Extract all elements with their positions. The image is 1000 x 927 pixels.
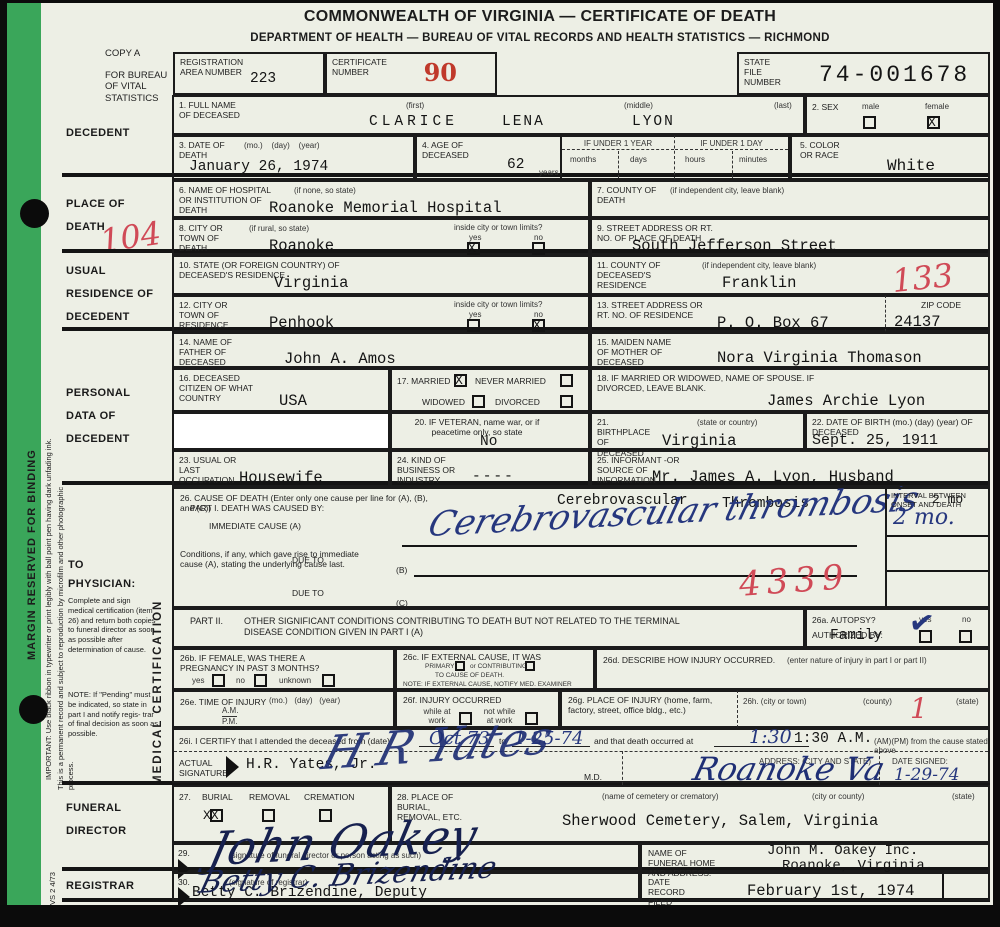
date-of-death-hints: (mo.) (day) (year) (244, 141, 320, 150)
residence-limits-no-mark: X (533, 318, 541, 333)
line-c-label: (C) (396, 598, 408, 608)
certify-time-handwritten: 1:30 (749, 726, 792, 748)
field-occupation: 23. USUAL OR LAST OCCUPATION Housewife (172, 450, 390, 487)
mother-value: Nora Virginia Thomason (717, 349, 922, 367)
field-residence-city: 12. CITY OR TOWN OF RESIDENCE Penhook in… (172, 295, 590, 332)
field-under-1-year: IF UNDER 1 YEAR months days (560, 135, 675, 180)
field-spouse: 18. IF MARRIED OR WIDOWED, NAME OF SPOUS… (590, 368, 990, 412)
field-mother: 15. MAIDEN NAME OF MOTHER OF DECEASED No… (590, 332, 990, 368)
registration-area-value: 223 (250, 71, 323, 87)
external-contributing-checkbox (525, 661, 535, 671)
cemetery-city-hint: (city or county) (812, 792, 864, 801)
field-injury-city: 26h. (city or town) (county) 1 (state) (738, 690, 990, 728)
residence-limits-no-checkbox: X (532, 319, 545, 332)
cemetery-state-hint: (state) (952, 792, 975, 801)
business-value: ---- (472, 469, 515, 485)
immediate-cause-label: IMMEDIATE CAUSE (A) (209, 521, 301, 531)
burial-row-number: 27. (179, 792, 191, 802)
rule (887, 535, 988, 537)
copy-label: COPY A (105, 48, 140, 59)
actual-signature-label: ACTUAL SIGNATURE (179, 758, 224, 778)
line-b-label: (B) (396, 565, 407, 575)
how-injury-hint: (enter nature of injury in part I or par… (787, 656, 927, 665)
city-limits-no-label: no (534, 233, 543, 242)
divorced-checkbox (560, 395, 573, 408)
pm-label: P.M. (222, 716, 237, 726)
field-city-of-death: 8. CITY OR TOWN OF DEATH (if rural, so s… (172, 218, 590, 255)
date-filed-label: DATE RECORD FILED (648, 877, 708, 908)
certify-ampm-text: (AM)(PM) from the cause stated above (874, 737, 988, 755)
last-hint: (last) (774, 101, 792, 110)
rule (402, 545, 857, 547)
cause-part1-label: PART I. DEATH WAS CAUSED BY: (190, 503, 324, 513)
hours-label: hours (685, 155, 705, 164)
autopsy-label: 26a. AUTOPSY? (812, 615, 876, 625)
county-of-death-label: 7. COUNTY OF DEATH (597, 185, 662, 205)
hospital-value: Roanoke Memorial Hospital (269, 199, 502, 217)
married-mark: X (455, 373, 463, 388)
field-sex: 2. SEX male female X (805, 95, 990, 135)
residence-county-hint: (if independent city, leave blank) (702, 261, 816, 270)
field-redacted-box (172, 412, 390, 450)
field-funeral-home: NAME OF FUNERAL HOME AND ADDRESS: John M… (640, 843, 990, 872)
residence-city-value: Penhook (269, 314, 334, 332)
field-marital-status: 17. MARRIED X NEVER MARRIED WIDOWED DIVO… (390, 368, 590, 412)
age-unit: years (539, 168, 559, 177)
date-signed-handwritten: 1-29-74 (894, 765, 960, 785)
state-file-box: STATE FILE NUMBER 74-001678 (737, 52, 990, 95)
sex-female-mark: X (928, 115, 936, 130)
spouse-label: 18. IF MARRIED OR WIDOWED, NAME OF SPOUS… (597, 373, 827, 393)
widowed-label: WIDOWED (422, 397, 465, 407)
field-hospital: 6. NAME OF HOSPITAL OR INSTITUTION OF DE… (172, 180, 590, 218)
residence-county-value: Franklin (722, 274, 796, 292)
conditions-note: Conditions, if any, which gave rise to i… (180, 549, 360, 569)
residence-street-value: P. O. Box 67 (717, 314, 829, 332)
sex-male-checkbox (863, 116, 876, 129)
widowed-checkbox (472, 395, 485, 408)
field-informant: 25. INFORMANT -OR SOURCE OF INFORMATION … (590, 450, 990, 487)
registration-area-box: REGISTRATION AREA NUMBER 223 (173, 52, 325, 95)
how-injury-label: 26d. DESCRIBE HOW INJURY OCCURRED. (603, 655, 775, 665)
external-to-cause-label: TO CAUSE OF DEATH. (435, 672, 504, 679)
age-value: 62 (507, 157, 524, 173)
field-certification: 26i. I CERTIFY that I attended the decea… (172, 728, 990, 783)
injury-state-label: (state) (956, 697, 979, 706)
residence-limits-yes-checkbox (467, 319, 480, 332)
registrar-row-number: 30. (178, 877, 190, 887)
arrow-right-icon (226, 756, 239, 778)
certify-mid-text: and that death occurred at (594, 736, 693, 746)
date-filed-value: February 1st, 1974 (747, 882, 914, 900)
funeral-row-number: 29. (178, 848, 190, 858)
field-father: 14. NAME OF FATHER OF DECEASED John A. A… (172, 332, 590, 368)
field-under-1-day: IF UNDER 1 DAY hours minutes (675, 135, 790, 180)
field-business: 24. KIND OF BUSINESS OR INDUSTRY ---- (390, 450, 590, 487)
sex-male-label: male (862, 102, 879, 111)
rule (622, 751, 623, 785)
cremation-label: CREMATION (304, 792, 354, 802)
county-of-death-hint: (if independent city, leave blank) (670, 186, 784, 195)
residence-city-label: 12. CITY OR TOWN OF RESIDENCE (179, 300, 249, 331)
citizen-label: 16. DECEASED CITIZEN OF WHAT COUNTRY (179, 373, 274, 404)
pregnancy-yes-label: yes (192, 676, 204, 685)
injury-county-label: (county) (863, 697, 892, 706)
form-number: VS 2 4/73 (48, 855, 58, 905)
rail-physician-note1: Complete and sign medical certification … (68, 596, 156, 655)
field-place-of-injury: 26g. PLACE OF INJURY (home, farm, factor… (560, 690, 738, 728)
occupation-label: 23. USUAL OR LAST OCCUPATION (179, 455, 244, 486)
residence-state-value: Virginia (274, 274, 348, 292)
rail-funeral-director: FUNERAL DIRECTOR (66, 797, 141, 843)
days-label: days (630, 155, 647, 164)
residence-county-label: 11. COUNTY OF DECEASED'S RESIDENCE (597, 260, 692, 291)
birthplace-value: Virginia (662, 432, 736, 450)
autopsy-no-label: no (962, 615, 971, 624)
middle-name-value: LENA (502, 114, 545, 130)
full-name-label: 1. FULL NAME OF DECEASED (179, 100, 249, 120)
residence-limits-yes-label: yes (469, 310, 481, 319)
pregnancy-no-label: no (236, 676, 245, 685)
bureau-label: FOR BUREAU OF VITAL STATISTICS (105, 70, 175, 104)
field-zip: ZIP CODE 24137 (885, 295, 990, 332)
city-limits-question: inside city or town limits? (454, 223, 542, 232)
married-checkbox: X (454, 374, 467, 387)
city-limits-yes-checkbox: X (467, 242, 480, 255)
external-primary-label: PRIMARY (425, 663, 455, 670)
state-file-label: STATE FILE NUMBER (744, 57, 789, 88)
citizen-value: USA (279, 392, 307, 410)
field-residence-state: 10. STATE (OR FOREIGN COUNTRY) OF DECEAS… (172, 255, 590, 295)
cemetery-name-hint: (name of cemetery or crematory) (602, 792, 718, 801)
first-hint: (first) (406, 101, 424, 110)
autopsy-authorized-value: Family (830, 628, 882, 644)
sex-label: 2. SEX (812, 102, 838, 112)
rail-personal-data: PERSONAL DATA OF DECEDENT (66, 382, 161, 451)
arrow-right-icon (178, 887, 190, 907)
field-date-of-death: 3. DATE OF DEATH (mo.) (day) (year) Janu… (172, 135, 415, 180)
field-age: 4. AGE OF DECEASED 62 years (415, 135, 560, 180)
city-of-death-value: Roanoke (269, 237, 334, 255)
mother-label: 15. MAIDEN NAME OF MOTHER OF DECEASED (597, 337, 677, 368)
place-of-burial-value: Sherwood Cemetery, Salem, Virginia (562, 812, 878, 830)
am-label: A.M. (222, 706, 238, 715)
part2-label: PART II. (190, 616, 223, 627)
date-of-death-value: January 26, 1974 (189, 159, 328, 175)
months-label: months (570, 155, 596, 164)
under-1-day-label: IF UNDER 1 DAY (675, 139, 788, 150)
certify-time-typed: 1:30 A.M. (794, 731, 872, 747)
field-birthplace: 21. BIRTHPLACE OF DECEASED (state or cou… (590, 412, 805, 450)
external-cause-label: 26c. IF EXTERNAL CAUSE, IT WAS (403, 652, 563, 662)
zip-label: ZIP CODE (921, 300, 988, 310)
under-1-year-label: IF UNDER 1 YEAR (562, 139, 674, 150)
business-label: 24. KIND OF BUSINESS OR INDUSTRY (397, 455, 472, 486)
funeral-home-name: John M. Oakey Inc. (767, 843, 918, 859)
hospital-hint: (if none, so state) (294, 186, 356, 195)
injury-city-label: 26h. (city or town) (743, 697, 807, 706)
field-interval: INTERVAL BETWEEN ONSET AND DEATH 2 mo 2 … (885, 487, 990, 608)
address-handwritten: Roanoke Va (689, 750, 889, 788)
divorced-label: DIVORCED (495, 397, 540, 407)
rail-registrar: REGISTRAR (66, 875, 134, 898)
cause-handwritten: Cerebrovascular thrombosis (424, 479, 924, 545)
rule (887, 570, 988, 572)
place-of-injury-label: 26g. PLACE OF INJURY (home, farm, factor… (568, 695, 728, 715)
time-of-injury-hints: (mo.) (day) (year) (269, 696, 340, 705)
rail-to-physician: TO PHYSICIAN: (68, 556, 148, 593)
certificate-subtitle: DEPARTMENT OF HEALTH — BUREAU OF VITAL R… (200, 32, 880, 44)
first-name-value: CLARICE (369, 114, 458, 130)
city-of-death-label: 8. CITY OR TOWN OF DEATH (179, 223, 239, 254)
rule (732, 151, 733, 178)
external-primary-checkbox (455, 661, 465, 671)
minutes-label: minutes (739, 155, 767, 164)
color-race-value: White (887, 157, 935, 175)
certificate-number-label: CERTIFICATE NUMBER (332, 57, 387, 77)
occupation-value: Housewife (239, 469, 323, 487)
rule (879, 751, 880, 785)
external-note: NOTE: IF EXTERNAL CAUSE, NOTIFY MED. EXA… (403, 681, 572, 688)
birthplace-hint: (state or country) (697, 418, 757, 427)
burial-checkbox: XX (210, 809, 223, 822)
rail-physician-note2: NOTE: If "Pending" must be indicated, so… (68, 690, 160, 739)
margin-important-text: IMPORTANT: Use black ribbon in typewrite… (44, 240, 54, 780)
veteran-label: 20. IF VETERAN, name war, or if peacetim… (397, 417, 557, 437)
last-name-value: LYON (632, 114, 675, 130)
state-file-value: 74-001678 (819, 62, 970, 88)
field-part2: PART II. OTHER SIGNIFICANT CONDITIONS CO… (172, 608, 805, 648)
sex-female-checkbox: X (927, 116, 940, 129)
field-cause-of-death: 26. CAUSE OF DEATH (Enter only one cause… (172, 487, 885, 608)
father-value: John A. Amos (284, 350, 396, 368)
residence-limits-question: inside city or town limits? (454, 300, 542, 309)
veteran-value: No (480, 434, 497, 450)
residence-street-label: 13. STREET ADDRESS OR RT. NO. OF RESIDEN… (597, 300, 717, 320)
certificate-title: COMMONWEALTH OF VIRGINIA — CERTIFICATE O… (200, 8, 880, 26)
death-certificate-scan: MARGIN RESERVED FOR BINDING IMPORTANT: U… (0, 0, 1000, 927)
rail-medical-certification: MEDICAL CERTIFICATION (152, 495, 164, 785)
never-married-checkbox (560, 374, 573, 387)
father-label: 14. NAME OF FATHER OF DECEASED (179, 337, 249, 368)
certificate-number-box: CERTIFICATE NUMBER 90 (325, 52, 497, 95)
spouse-value: James Archie Lyon (767, 392, 925, 410)
pregnancy-unknown-checkbox (322, 674, 335, 687)
autopsy-yes-checkmark: ✔ (907, 604, 937, 642)
rail-decedent: DECEDENT (66, 122, 130, 145)
cause-code-handwritten: 4339 (738, 557, 851, 605)
pregnancy-no-checkbox (254, 674, 267, 687)
field-external-cause: 26c. IF EXTERNAL CAUSE, IT WAS PRIMARY o… (395, 648, 595, 690)
field-autopsy: 26a. AUTOPSY? yes no AUTHORIZED BY: Fami… (805, 608, 990, 648)
external-contributing-label: or CONTRIBUTING (470, 663, 527, 670)
field-veteran: 20. IF VETERAN, name war, or if peacetim… (390, 412, 590, 450)
pregnancy-unknown-label: unknown (279, 676, 311, 685)
field-how-injury: 26d. DESCRIBE HOW INJURY OCCURRED. (ente… (595, 648, 990, 690)
rail-usual-residence: USUAL RESIDENCE OF DECEDENT (66, 260, 166, 329)
age-label: 4. AGE OF DECEASED (422, 140, 477, 160)
rule (618, 151, 619, 178)
field-citizen: 16. DECEASED CITIZEN OF WHAT COUNTRY USA (172, 368, 390, 412)
pregnancy-label: 26b. IF FEMALE, WAS THERE A PREGNANCY IN… (180, 653, 360, 673)
certificate-number-value: 90 (424, 58, 457, 87)
field-date-of-birth: 22. DATE OF BIRTH (mo.) (day) (year) OF … (805, 412, 990, 450)
never-married-label: NEVER MARRIED (475, 376, 546, 386)
autopsy-no-checkbox (959, 630, 972, 643)
field-street-of-death: 9. STREET ADDRESS OR RT. NO. OF PLACE OF… (590, 218, 990, 255)
rule (942, 874, 944, 899)
field-residence-street: 13. STREET ADDRESS OR RT. NO. OF RESIDEN… (590, 295, 885, 332)
field-date-record-filed: DATE RECORD FILED February 1st, 1974 (640, 872, 990, 901)
injury-occurred-label: 26f. INJURY OCCURRED (403, 695, 558, 705)
part2-text: OTHER SIGNIFICANT CONDITIONS CONTRIBUTIN… (244, 616, 714, 638)
field-residence-county: 11. COUNTY OF DECEASED'S RESIDENCE (if i… (590, 255, 990, 295)
margin-binding-text: MARGIN RESERVED FOR BINDING (26, 330, 38, 660)
city-of-death-hint: (if rural, so state) (249, 224, 309, 233)
field-color-or-race: 5. COLOR OR RACE White (790, 135, 990, 180)
interval-handwritten: 2 mo. (893, 505, 955, 530)
middle-hint: (middle) (624, 101, 653, 110)
removal-label: REMOVAL (249, 792, 290, 802)
field-county-of-death: 7. COUNTY OF DEATH (if independent city,… (590, 180, 990, 218)
due-to-c-label: DUE TO (292, 588, 324, 598)
city-limits-yes-mark: X (468, 241, 476, 256)
pregnancy-yes-checkbox (212, 674, 225, 687)
burial-label: BURIAL (202, 792, 233, 802)
md-label: M.D. (584, 772, 602, 782)
injury-county-code-handwritten: 1 (910, 692, 928, 725)
scan-bottom-edge (0, 905, 1000, 927)
punch-hole-top (20, 199, 49, 228)
married-label: 17. MARRIED (397, 376, 450, 386)
registration-area-label: REGISTRATION AREA NUMBER (180, 57, 250, 77)
color-race-label: 5. COLOR OR RACE (800, 140, 845, 160)
zip-value: 24137 (894, 313, 941, 331)
street-of-death-value: South Jefferson Street (632, 237, 837, 255)
city-limits-no-checkbox (532, 242, 545, 255)
field-full-name: 1. FULL NAME OF DECEASED (first) (middle… (172, 95, 805, 135)
date-of-death-label: 3. DATE OF DEATH (179, 140, 234, 160)
field-pregnancy: 26b. IF FEMALE, WAS THERE A PREGNANCY IN… (172, 648, 395, 690)
sex-female-label: female (925, 102, 949, 111)
date-of-birth-value: Sept. 25, 1911 (812, 432, 938, 449)
residence-county-code-handwritten: 133 (890, 256, 955, 300)
